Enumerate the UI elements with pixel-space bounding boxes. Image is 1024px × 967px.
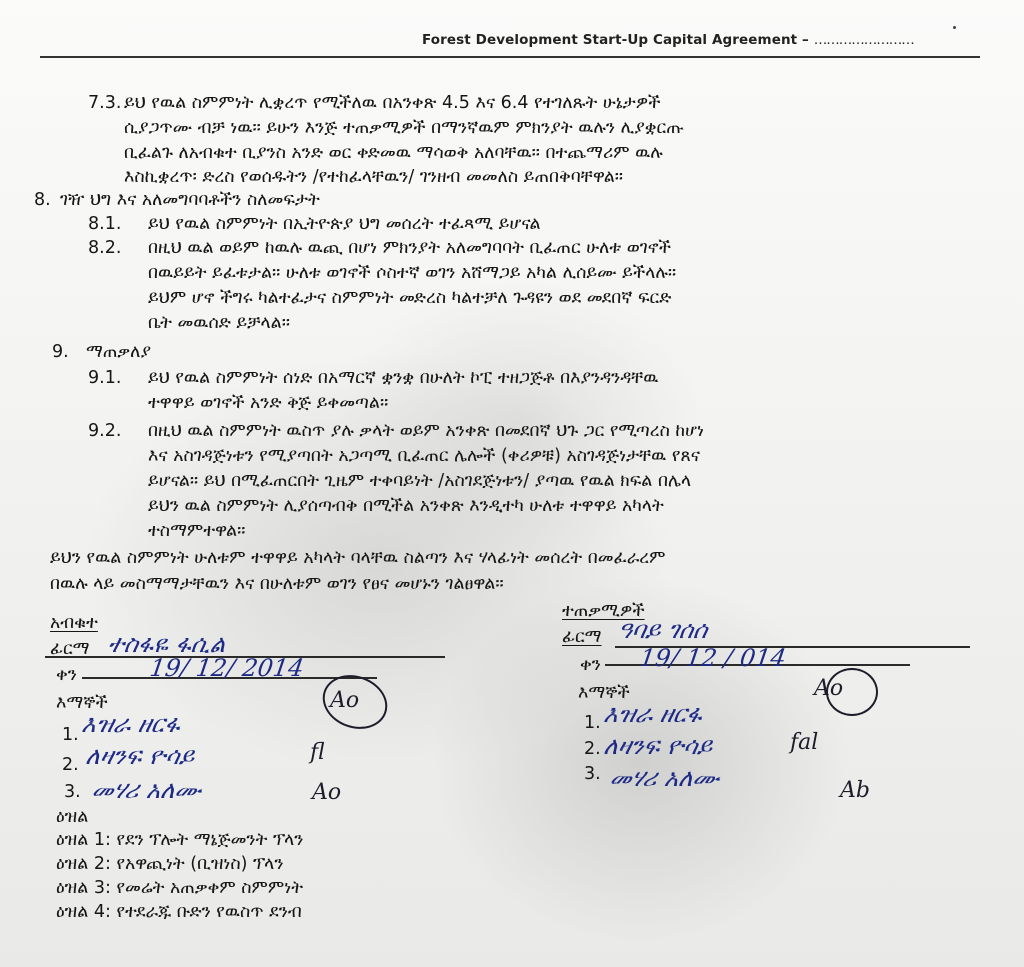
closing-line: በዉሉ ላይ መስማማታቸዉን እና በሁለቱም ወገን የፀና መሆኑን ገል… xyxy=(50,573,504,595)
section-9-number: 9. xyxy=(52,341,69,363)
annex-text: የመሬት አጠቃቀም ስምምነት xyxy=(117,878,304,898)
witness-name: መሃሪ አለሙ xyxy=(90,776,203,804)
witness-name: ለዛንፍ ዮሳይ xyxy=(84,742,196,770)
signature-mark: Ao xyxy=(330,688,359,713)
annex-item-1: ዕዝል 1: የደን ፕሎት ማኔጅመንት ፕላን xyxy=(56,829,303,851)
witness-number: 1. xyxy=(584,712,601,734)
witness-number: 2. xyxy=(62,754,79,776)
witness-number: 2. xyxy=(584,738,601,760)
signature-mark: fl xyxy=(310,740,325,765)
section-9-title: ማጠቃለያ xyxy=(86,341,151,363)
annex-label: ዕዝል 4: xyxy=(56,902,111,922)
closing-line: ይህን የዉል ስምምነት ሁለቱም ተዋዋይ አካላት ባላቸዉ ስልጣን እ… xyxy=(50,547,665,569)
annex-label: ዕዝል 3: xyxy=(56,878,111,898)
scanned-page: Forest Development Start-Up Capital Agre… xyxy=(0,0,1024,967)
witness-number: 3. xyxy=(584,763,601,785)
header-title: Forest Development Start-Up Capital Agre… xyxy=(422,32,809,48)
section-8-title: ገዥ ህግ እና አለመግባባቶችን ስለመፍታት xyxy=(60,189,320,211)
signature-mark: Ao xyxy=(312,780,341,805)
annex-text: የአዋጪነት (ቢዝነስ) ፕላን xyxy=(117,854,284,874)
date-handwritten-left: 19/ 12/ 2014 xyxy=(148,654,306,682)
party-label-left: አብቁተ xyxy=(50,612,98,634)
clause-7-3-line: ሲያጋጥሙ ብቻ ነዉ፡፡ ይሁን እንጅ ተጠቃሚዎች በማንኛዉም ምክንያ… xyxy=(124,117,684,139)
clause-9-1-line: ተዋዋይ ወገኖች አንድ ቅጅ ይቀመጣል፡፡ xyxy=(148,392,388,414)
witness-number: 3. xyxy=(64,781,81,803)
signature-label-right: ፊርማ xyxy=(562,626,602,648)
clause-9-2-line: ይህን ዉል ስምምነት ሊያሰጣብቅ በሚችል አንቀጽ እንዲተካ ሁለቱ … xyxy=(148,495,664,517)
clause-8-2-line: ቤት መዉሰድ ይቻላል፡፡ xyxy=(148,312,290,334)
clause-8-2-line: በዉይይት ይፈቱታል፡፡ ሁለቱ ወገኖች ሶስተኛ ወገን አሸማጋይ አካ… xyxy=(148,262,676,284)
header-blank: …………………… xyxy=(814,32,914,48)
clause-7-3-line: ይህ የዉል ስምምነት ሊቋረጥ የሚችለዉ በአንቀጽ 4.5 እና 6.4… xyxy=(124,92,661,114)
clause-9-2-line: በዚህ ዉል ስምምነት ዉስጥ ያሉ ቃላት ወይም አንቀጽ በመደበኛ ህ… xyxy=(148,420,704,442)
signature-mark: Ab xyxy=(840,778,870,803)
annex-text: የደን ፕሎት ማኔጅመንት ፕላን xyxy=(117,830,304,850)
page-speck xyxy=(953,26,956,29)
annex-text: የተደራጁ ቡድን የዉስጥ ደንብ xyxy=(117,902,302,922)
witness-name: እዝራ ዘርፋ xyxy=(80,710,182,738)
clause-9-2-number: 9.2. xyxy=(88,420,121,442)
signature-mark: Ao xyxy=(814,676,843,701)
clause-7-3-number: 7.3. xyxy=(88,92,121,114)
section-8-number: 8. xyxy=(34,189,51,211)
annex-label: ዕዝል 2: xyxy=(56,854,111,874)
witness-name: መሃሪ አለሙ xyxy=(608,764,721,792)
clause-7-3-line: እስኪቋረጥ፡ ድረስ የወሰዱትን /የተከፈላቸዉን/ ገንዘብ መመለስ … xyxy=(124,166,623,188)
signature-mark: fal xyxy=(790,730,818,755)
date-label-left: ቀን xyxy=(56,664,77,686)
clause-9-1-line: ይህ የዉል ስምምነት ሰነድ በአማርኛ ቋንቋ በሁለት ኮፒ ተዘጋጅቶ… xyxy=(148,367,658,389)
annex-item-3: ዕዝል 3: የመሬት አጠቃቀም ስምምነት xyxy=(56,877,303,899)
clause-8-2-line: ይህም ሆኖ ችግሩ ካልተፈታና ስምምነት መድረስ ካልተቻለ ጉዳዩን … xyxy=(148,287,671,309)
clause-9-1-number: 9.1. xyxy=(88,367,121,389)
witness-name: እዝራ ዘርፋ xyxy=(602,700,704,728)
annex-item-2: ዕዝል 2: የአዋጪነት (ቢዝነስ) ፕላን xyxy=(56,853,284,875)
annex-label: ዕዝል 1: xyxy=(56,830,111,850)
date-handwritten-right: 19/ 12 / 014 xyxy=(638,644,788,672)
witness-number: 1. xyxy=(62,724,79,746)
document-header: Forest Development Start-Up Capital Agre… xyxy=(422,32,914,48)
clause-9-2-line: ይሆናል፡፡ ይህ በሚፈጠርበት ጊዜም ተቀባይነት /አስገደጅነቱን/ … xyxy=(148,470,691,492)
clause-8-1-line: ይህ የዉል ስምምነት በኢትዮጵያ ህግ መሰረት ተፈጻሚ ይሆናል xyxy=(148,213,541,235)
date-label-right: ቀን xyxy=(580,654,601,676)
clause-7-3-line: ቢፈልጉ ለአብቁተ ቢያንስ አንድ ወር ቀድመዉ ማሳወቅ አለባቸዉ፡፡… xyxy=(124,142,663,164)
witness-name: ለዛንፍ ዮሳይ xyxy=(602,732,714,760)
header-divider xyxy=(40,56,980,58)
annex-title: ዕዝል xyxy=(56,806,88,828)
signature-handwritten-right: ዓባይ ገሰሰ xyxy=(616,616,709,644)
clause-8-1-number: 8.1. xyxy=(88,213,121,235)
clause-9-2-line: ተስማምተዋል፡፡ xyxy=(148,520,245,542)
annex-item-4: ዕዝል 4: የተደራጁ ቡድን የዉስጥ ደንብ xyxy=(56,901,302,923)
clause-8-2-line: በዚህ ዉል ወይም ከዉሉ ዉጪ በሆነ ምክንያት አለመግባባት ቢፈጠር… xyxy=(148,237,671,259)
clause-9-2-line: እና አስገዳጅነቱን የሚያጣበት አጋጣሚ ቢፈጠር ሌሎች (ቀሪዎቹ) … xyxy=(148,445,700,467)
clause-8-2-number: 8.2. xyxy=(88,237,121,259)
